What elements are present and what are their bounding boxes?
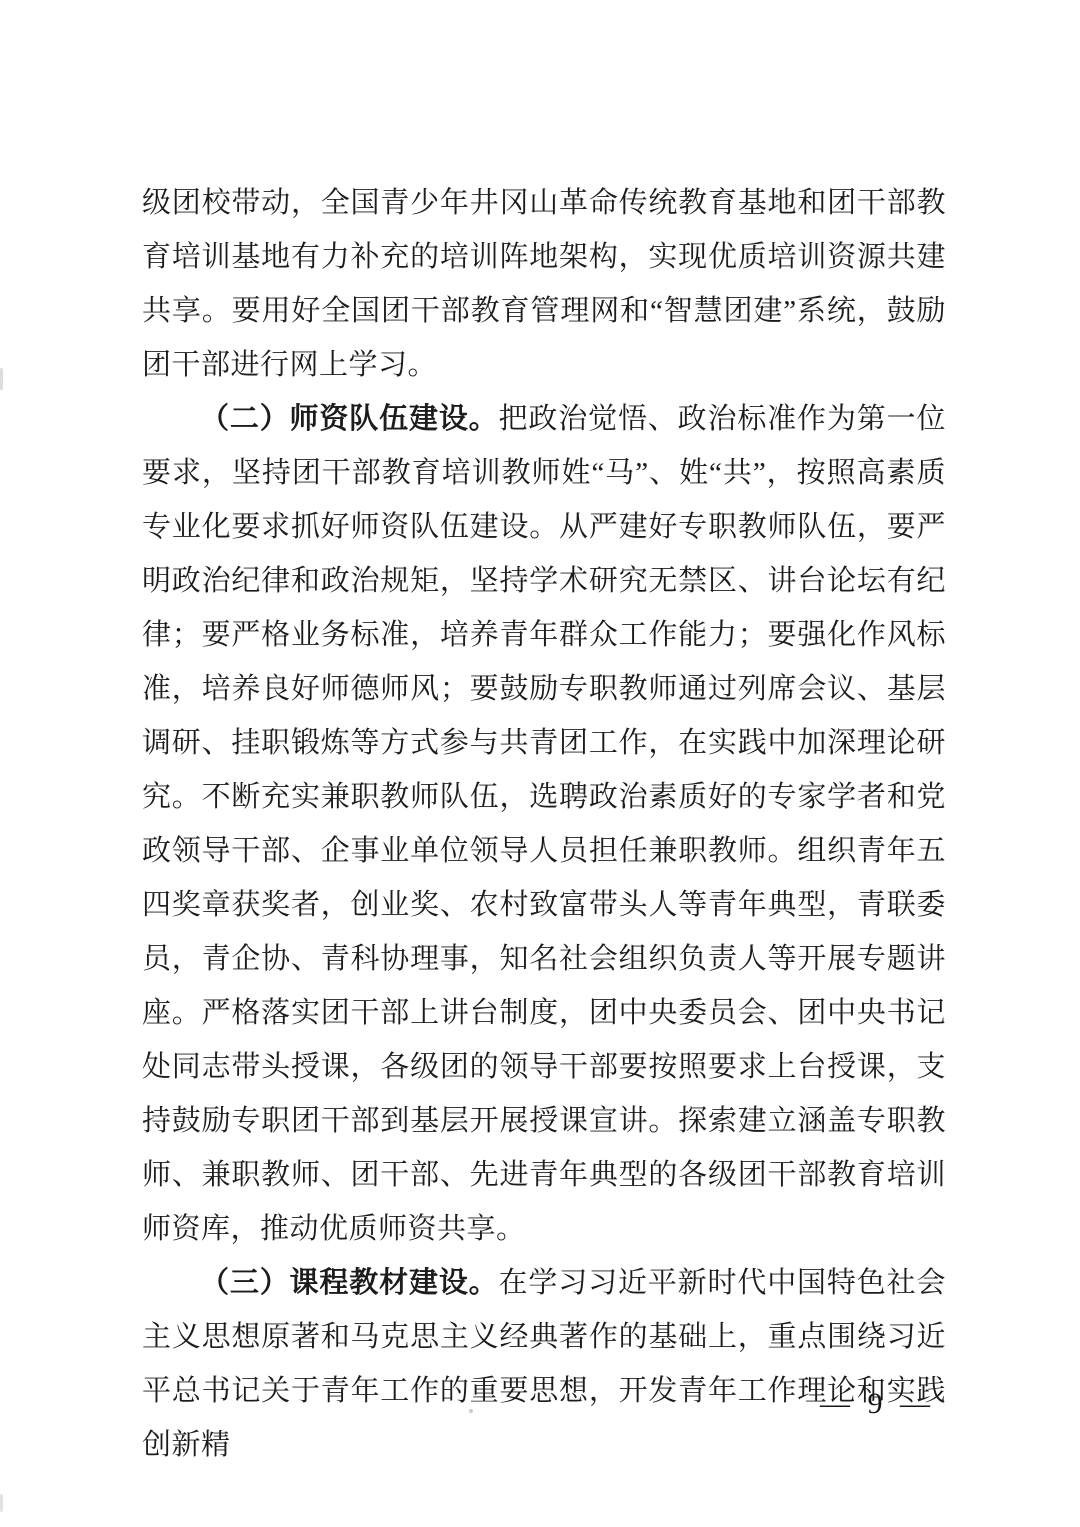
section-2-heading: （二）师资队伍建设。 <box>200 403 499 435</box>
section-3-heading: （三）课程教材建设。 <box>200 1267 499 1299</box>
scan-artifact-edge <box>0 1494 3 1512</box>
page-number: — 9 — <box>820 1384 1000 1424</box>
scan-artifact-edge <box>0 368 3 390</box>
paragraph-section-3: （三）课程教材建设。在学习习近平新时代中国特色社会主义思想原著和马克思主义经典著… <box>142 1256 946 1472</box>
paragraph-continuation: 级团校带动，全国青少年井冈山革命传统教育基地和团干部教育培训基地有力补充的培训阵… <box>142 176 946 392</box>
paragraph-section-2: （二）师资队伍建设。把政治觉悟、政治标准作为第一位要求，坚持团干部教育培训教师姓… <box>142 392 946 1256</box>
document-body: 级团校带动，全国青少年井冈山革命传统教育基地和团干部教育培训基地有力补充的培训阵… <box>142 176 946 1472</box>
scan-artifact-dot <box>469 1409 473 1413</box>
paragraph-text: 级团校带动，全国青少年井冈山革命传统教育基地和团干部教育培训基地有力补充的培训阵… <box>142 187 946 381</box>
section-2-text: 把政治觉悟、政治标准作为第一位要求，坚持团干部教育培训教师姓“马”、姓“共”，按… <box>142 403 946 1245</box>
